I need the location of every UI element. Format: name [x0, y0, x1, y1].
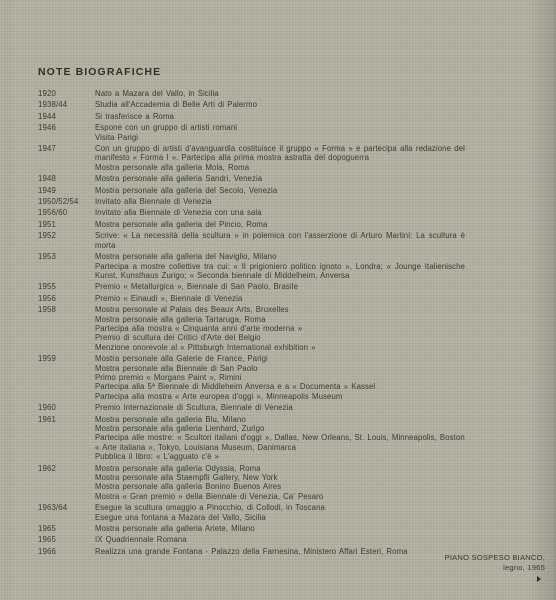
biography-entry: 1952Scrive: « La necessità della scultur… [38, 231, 508, 250]
entry-year: 1960 [38, 403, 95, 412]
entry-texts: Esegue la scultura omaggio a Pinocchio, … [95, 503, 465, 522]
entry-text: Mostra personale alla galleria Odyssia, … [95, 464, 465, 473]
entry-text: Realizza una grande Fontana - Palazzo de… [95, 547, 465, 556]
entry-text: Mostra personale alla galleria Mola, Rom… [95, 163, 465, 172]
entry-year: 1956 [38, 294, 95, 303]
entry-text: Menzione onorevole al « Pittsburgh Inter… [95, 343, 465, 352]
biography-entry: 1951Mostra personale alla galleria del P… [38, 220, 508, 229]
biography-entry: 1956/60Invitato alla Biennale di Venezia… [38, 208, 508, 217]
entry-text: Mostra personale alla Biennale di San Pa… [95, 364, 465, 373]
entry-text: Mostra personale alla galleria del Secol… [95, 186, 465, 195]
entry-texts: Invitato alla Biennale di Venezia con un… [95, 208, 465, 217]
entry-text: Mostra personale alla galleria Tartaruga… [95, 315, 465, 324]
entry-text: Premio Internazionale di Scultura, Bienn… [95, 403, 465, 412]
entry-year: 1959 [38, 354, 95, 363]
entry-year: 1948 [38, 174, 95, 183]
entry-text: Mostra personale al Palais des Beaux Art… [95, 305, 465, 314]
entry-text: Invitato alla Biennale di Venezia con un… [95, 208, 465, 217]
entry-text: Visita Parigi [95, 133, 465, 142]
entry-text: IX Quadriennale Romana [95, 535, 465, 544]
biography-entry: 1920Nato a Mazara del Vallo, in Sicilia [38, 89, 508, 98]
entry-text: Esegue la scultura omaggio a Pinocchio, … [95, 503, 465, 512]
entry-texts: Realizza una grande Fontana - Palazzo de… [95, 547, 465, 556]
entry-texts: Si trasferisce a Roma [95, 112, 465, 121]
entry-text: Mostra personale alla galleria del Pinci… [95, 220, 465, 229]
artwork-caption: PIANO SOSPESO BIANCO, legno, 1965 [445, 553, 545, 572]
biography-entry: 1961Mostra personale alla galleria Blu, … [38, 415, 508, 462]
biography-entry: 1959Mostra personale alla Galerie de Fra… [38, 354, 508, 401]
entry-texts: Mostra personale alla galleria Blu, Mila… [95, 415, 465, 462]
entry-text: Partecipa a mostre collettive tra cui: «… [95, 262, 465, 281]
entry-texts: Con un gruppo di artisti d'avanguardia c… [95, 144, 465, 172]
page-turn-arrow-icon [537, 576, 541, 582]
entry-text: Studia all'Accademia di Belle Arti di Pa… [95, 100, 465, 109]
entry-texts: Mostra personale alla galleria Ariete, M… [95, 524, 465, 533]
entry-texts: Mostra personale alla galleria Odyssia, … [95, 464, 465, 502]
entry-year: 1947 [38, 144, 95, 153]
entry-text: Partecipa alle mostre: « Scultori italia… [95, 433, 465, 442]
entry-year: 1965 [38, 535, 95, 544]
biography-entry: 1949Mostra personale alla galleria del S… [38, 186, 508, 195]
biography-entry: 1950/52/54Invitato alla Biennale di Vene… [38, 197, 508, 206]
artwork-title: PIANO SOSPESO BIANCO, [445, 553, 545, 563]
biography-entry: 1953Mostra personale alla galleria del N… [38, 252, 508, 280]
entry-text: Partecipa alla 5ª Biennale di Middleheim… [95, 382, 465, 391]
entry-text: Premio « Metallurgica », Biennale di San… [95, 282, 465, 291]
entry-texts: Mostra personale alla galleria Sandri, V… [95, 174, 465, 183]
entry-texts: Invitato alla Biennale di Venezia [95, 197, 465, 206]
entry-text: Mostra personale alla galleria Bonino Bu… [95, 482, 465, 491]
artwork-medium-year: legno, 1965 [445, 563, 545, 573]
entry-year: 1920 [38, 89, 95, 98]
entry-year: 1944 [38, 112, 95, 121]
entry-text: Scrive: « La necessità della scultura » … [95, 231, 465, 250]
entry-texts: IX Quadriennale Romana [95, 535, 465, 544]
catalog-page: NOTE BIOGRAFICHE 1920Nato a Mazara del V… [0, 0, 556, 600]
biography-entry: 1965Mostra personale alla galleria Ariet… [38, 524, 508, 533]
entry-text: Premio « Einaudi », Biennale di Venezia [95, 294, 465, 303]
entry-year: 1966 [38, 547, 95, 556]
biography-entry: 1960Premio Internazionale di Scultura, B… [38, 403, 508, 412]
biography-entry: 1947Con un gruppo di artisti d'avanguard… [38, 144, 508, 172]
page-title: NOTE BIOGRAFICHE [38, 66, 161, 78]
entry-year: 1962 [38, 464, 95, 473]
entry-texts: Mostra personale alla Galerie de France,… [95, 354, 465, 401]
entry-texts: Premio « Einaudi », Biennale di Venezia [95, 294, 465, 303]
entry-texts: Studia all'Accademia di Belle Arti di Pa… [95, 100, 465, 109]
entry-text: Nato a Mazara del Vallo, in Sicilia [95, 89, 465, 98]
entry-text: Espone con un gruppo di artisti romani [95, 123, 465, 132]
entry-text: Mostra personale alla galleria Blu, Mila… [95, 415, 465, 424]
entry-text: Primo premio « Morgans Paint », Rimini [95, 373, 465, 382]
entry-year: 1956/60 [38, 208, 95, 217]
entry-text: Mostra personale alla galleria Sandri, V… [95, 174, 465, 183]
entry-texts: Scrive: « La necessità della scultura » … [95, 231, 465, 250]
entry-texts: Mostra personale alla galleria del Secol… [95, 186, 465, 195]
entry-year: 1949 [38, 186, 95, 195]
entry-text: Partecipa alla mostra « Arte europea d'o… [95, 392, 465, 401]
entry-texts: Mostra personale alla galleria del Pinci… [95, 220, 465, 229]
biography-entry: 1938/44Studia all'Accademia di Belle Art… [38, 100, 508, 109]
entry-text: Si trasferisce a Roma [95, 112, 465, 121]
entry-text: Mostra personale alla Galerie de France,… [95, 354, 465, 363]
entry-text: Pubblica il libro: « L'agguato c'è » [95, 452, 465, 461]
entry-text: Mostra « Gran premio » della Biennale di… [95, 492, 465, 501]
entry-year: 1955 [38, 282, 95, 291]
entry-year: 1963/64 [38, 503, 95, 512]
biography-list: 1920Nato a Mazara del Vallo, in Sicilia1… [38, 89, 508, 558]
entry-text: Mostra personale alla galleria del Navig… [95, 252, 465, 261]
entry-year: 1953 [38, 252, 95, 261]
entry-texts: Mostra personale al Palais des Beaux Art… [95, 305, 465, 352]
entry-year: 1951 [38, 220, 95, 229]
entry-year: 1950/52/54 [38, 197, 95, 206]
biography-entry: 1946Espone con un gruppo di artisti roma… [38, 123, 508, 142]
biography-entry: 1966Realizza una grande Fontana - Palazz… [38, 547, 508, 556]
entry-text: Premio di scultura dei Critici d'Arte de… [95, 333, 465, 342]
entry-text: Invitato alla Biennale di Venezia [95, 197, 465, 206]
entry-year: 1938/44 [38, 100, 95, 109]
biography-entry: 1963/64Esegue la scultura omaggio a Pino… [38, 503, 508, 522]
entry-texts: Nato a Mazara del Vallo, in Sicilia [95, 89, 465, 98]
entry-text: Esegue una fontana a Mazara del Vallo, S… [95, 513, 465, 522]
entry-text: « Arte italiana », Tokyo, Louisiana Muse… [95, 443, 465, 452]
entry-year: 1965 [38, 524, 95, 533]
entry-text: Con un gruppo di artisti d'avanguardia c… [95, 144, 465, 163]
biography-entry: 1965IX Quadriennale Romana [38, 535, 508, 544]
entry-texts: Mostra personale alla galleria del Navig… [95, 252, 465, 280]
entry-text: Mostra personale alla Staempfli Gallery,… [95, 473, 465, 482]
biography-entry: 1962Mostra personale alla galleria Odyss… [38, 464, 508, 502]
entry-year: 1952 [38, 231, 95, 240]
entry-texts: Premio Internazionale di Scultura, Bienn… [95, 403, 465, 412]
entry-year: 1961 [38, 415, 95, 424]
biography-entry: 1944Si trasferisce a Roma [38, 112, 508, 121]
entry-year: 1946 [38, 123, 95, 132]
entry-text: Mostra personale alla galleria Ariete, M… [95, 524, 465, 533]
entry-texts: Espone con un gruppo di artisti romaniVi… [95, 123, 465, 142]
entry-text: Partecipa alla mostra « Cinquanta anni d… [95, 324, 465, 333]
biography-entry: 1955Premio « Metallurgica », Biennale di… [38, 282, 508, 291]
biography-entry: 1956Premio « Einaudi », Biennale di Vene… [38, 294, 508, 303]
entry-year: 1958 [38, 305, 95, 314]
entry-text: Mostra personale alla galleria Lienhard,… [95, 424, 465, 433]
biography-entry: 1948Mostra personale alla galleria Sandr… [38, 174, 508, 183]
biography-entry: 1958Mostra personale al Palais des Beaux… [38, 305, 508, 352]
entry-texts: Premio « Metallurgica », Biennale di San… [95, 282, 465, 291]
